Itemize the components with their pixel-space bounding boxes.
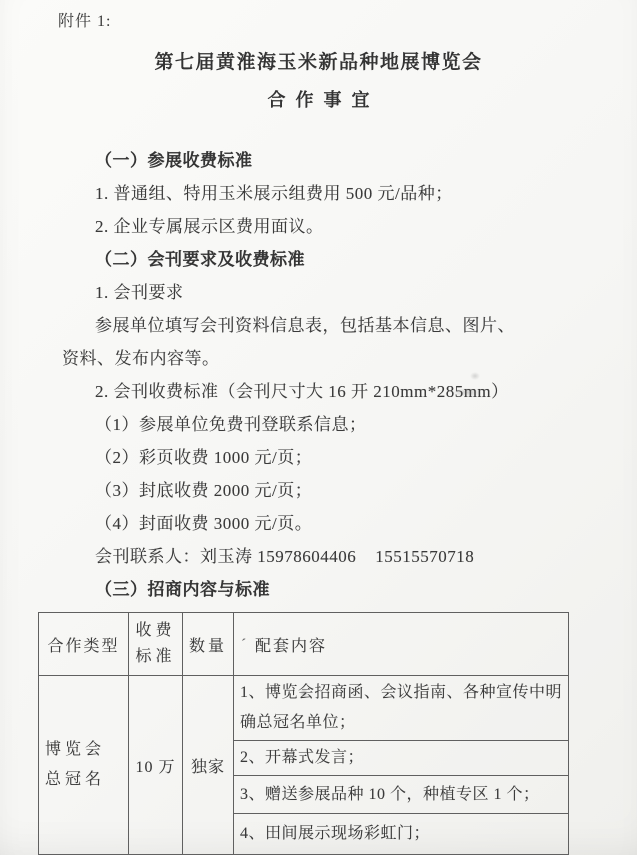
section-heading-3: （三）招商内容与标准 [62,573,589,606]
table-row: 博览会总冠名 10 万 独家 1、博览会招商函、会议指南、各种宣传中明确总冠名单… [39,676,569,741]
cell-benefit-4: 4、田间展示现场彩虹门； [234,814,569,855]
column-header-quantity: 数量 [183,613,234,676]
paragraph-journal-fee-4: （4）封面收费 3000 元/页。 [62,507,589,540]
sponsorship-table: 合作类型 收费标准 数量 ˊ配套内容 博览会总冠名 10 万 独家 1、博览会招… [38,612,569,855]
cell-fee-standard: 10 万 [129,676,183,855]
cell-quantity: 独家 [183,676,234,855]
paragraph-journal-fee-2: （2）彩页收费 1000 元/页； [62,441,589,474]
cell-benefit-1: 1、博览会招商函、会议指南、各种宣传中明确总冠名单位； [234,676,569,741]
cell-cooperation-type: 博览会总冠名 [39,676,129,855]
paragraph-journal-fee-1: （1）参展单位免费刊登联系信息； [62,408,589,441]
paragraph-fee-item-1: 1. 普通组、特用玉米展示组费用 500 元/品种； [62,177,589,210]
document-title: 第七届黄淮海玉米新品种地展博览会 [0,47,637,74]
paragraph-journal-req-line2: 资料、发布内容等。 [62,342,589,375]
paragraph-fee-item-2: 2. 企业专属展示区费用面议。 [62,210,589,243]
scanned-document-page: 附件 1: 第七届黄淮海玉米新品种地展博览会 合作事宜 （一）参展收费标准 1.… [0,0,637,855]
column-header-benefits: ˊ配套内容 [234,613,569,676]
paragraph-journal-fee-3: （3）封底收费 2000 元/页； [62,474,589,507]
column-header-fee-standard: 收费标准 [129,613,183,676]
document-subtitle: 合作事宜 [0,86,637,112]
paragraph-journal-fee-title: 2. 会刊收费标准（会刊尺寸大 16 开 210mm*285mm） [62,375,589,408]
pen-tick-mark: ˊ [239,636,248,654]
table-header-row: 合作类型 收费标准 数量 ˊ配套内容 [39,613,569,676]
section-heading-2: （二）会刊要求及收费标准 [62,243,589,276]
section-heading-1: （一）参展收费标准 [62,144,589,177]
cell-benefit-2: 2、开幕式发言； [234,741,569,776]
attachment-label: 附件 1: [58,0,637,31]
column-header-benefits-label: 配套内容 [255,638,327,655]
paragraph-journal-req-line1: 参展单位填写会刊资料信息表，包括基本信息、图片、 [62,309,589,342]
paragraph-journal-req-title: 1. 会刊要求 [62,276,589,309]
column-header-cooperation-type: 合作类型 [39,613,129,676]
paragraph-journal-contact: 会刊联系人：刘玉涛 15978604406 15515570718 [62,540,589,573]
cell-benefit-3: 3、赠送参展品种 10 个，种植专区 1 个； [234,776,569,814]
document-body: （一）参展收费标准 1. 普通组、特用玉米展示组费用 500 元/品种； 2. … [62,144,589,606]
